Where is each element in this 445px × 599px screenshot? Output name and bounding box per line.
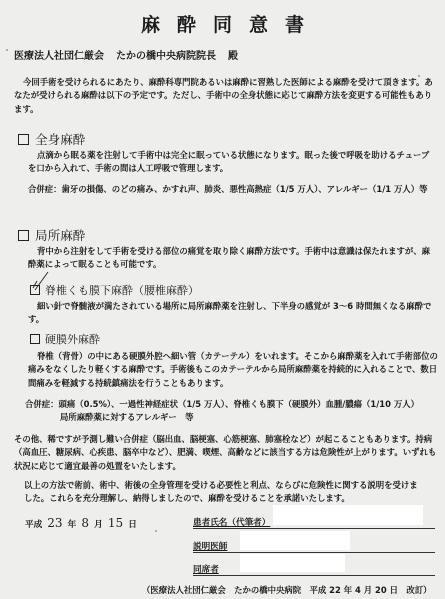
attendee-line[interactable]: [193, 575, 435, 576]
date-year-handwritten[interactable]: 23: [47, 516, 62, 530]
date-month-handwritten[interactable]: 8: [81, 516, 89, 530]
section-heading: 局所麻酔: [35, 228, 85, 243]
redacted-patient-name: [273, 505, 423, 525]
explaining-physician-line[interactable]: [193, 552, 435, 553]
subsection-heading: 脊椎くも膜下麻酔（腰椎麻酔）: [45, 284, 199, 297]
date-day-label: 日: [128, 520, 137, 530]
checkbox-general-anesthesia[interactable]: [18, 134, 29, 145]
redacted-attendee-name: [240, 554, 345, 572]
regional-complications-line1: 合併症：頭痛（0.5%）、一過性神経症状（1/5 万人）、脊椎くも膜下（硬膜外）…: [25, 398, 419, 411]
redacted-physician-name: [240, 531, 350, 550]
subsection-heading: 硬膜外麻酔: [45, 333, 100, 346]
regional-description: 背中から注射をして手術を受ける部位の痛覚を取り除く麻酔方法です。手術中は意識は保…: [28, 245, 434, 272]
scan-speck: [418, 75, 420, 77]
epidural-description: 脊椎（背骨）の中にある硬膜外腔へ細い管（カテーテル）をいれます。そこから麻酔薬を…: [28, 350, 438, 390]
patient-name-label: 患者氏名（代筆者）: [193, 516, 270, 528]
date-era: 平成: [25, 520, 42, 530]
section-general-anesthesia: 全身麻酔: [18, 129, 85, 148]
subsection-epidural-anesthesia: 硬膜外麻酔: [30, 331, 100, 347]
intro-paragraph: 今回手術を受けられるにあたり、麻酔科専門院あるいは麻酔に習熟した医師による麻酔を…: [14, 76, 434, 116]
revision-footer: （医療法人社団仁厳会 たかの橋中央病院 平成 22 年 4 月 20 日 改訂）: [142, 584, 432, 596]
consent-form-page: 麻酔同意書 医療法人社団仁厳会たかの橋中央病院院長殿 今回手術を受けられるにあた…: [0, 0, 445, 599]
addressee-honorific: 殿: [228, 51, 238, 62]
addressee-hospital: たかの橋中央病院院長: [116, 51, 216, 62]
scan-speck: [155, 530, 157, 532]
general-description: 点滴から眠る薬を注射して手術中は完全に眠っている状態になります。眠った後で呼吸を…: [28, 149, 434, 176]
section-heading: 全身麻酔: [35, 132, 85, 147]
handwritten-check-icon: [32, 270, 66, 292]
other-risks-paragraph: その他、稀ですが予測し難い合併症（脳出血、脳梗塞、心筋梗塞、肺塞栓など）が起こる…: [14, 433, 438, 473]
date-month-label: 月: [94, 520, 103, 530]
document-title: 麻酔同意書: [0, 10, 445, 37]
checkbox-epidural-anesthesia[interactable]: [30, 334, 40, 344]
date-year-label: 年: [68, 520, 77, 530]
addressee: 医療法人社団仁厳会たかの橋中央病院院長殿: [14, 47, 238, 62]
patient-name-line[interactable]: [193, 528, 435, 529]
explaining-physician-label: 説明医師: [193, 540, 227, 552]
attendee-label: 同席者: [193, 563, 219, 575]
consent-statement: 以上の方法で術前、術中、術後の全身管理を受ける必要性と利点、ならびに危険性に関す…: [24, 479, 424, 506]
section-regional-anesthesia: 局所麻酔: [18, 225, 85, 244]
consent-date: 平成 23 年 8 月 15 日: [25, 512, 137, 531]
checkbox-regional-anesthesia[interactable]: [18, 230, 29, 241]
regional-complications-line2: 局所麻酔薬に対するアレルギー 等: [60, 411, 193, 424]
date-day-handwritten[interactable]: 15: [108, 516, 123, 530]
spinal-description: 細い針で脊髄液が満たされている場所に局所麻酔薬を注射し、下半身の感覚が 3〜6 …: [28, 300, 434, 327]
addressee-org: 医療法人社団仁厳会: [14, 51, 104, 62]
scan-speck: [6, 49, 8, 51]
general-complications: 合併症：歯牙の損傷、のどの痛み、かすれ声、肺炎、悪性高熱症（1/5 万人）、アレ…: [28, 183, 434, 196]
